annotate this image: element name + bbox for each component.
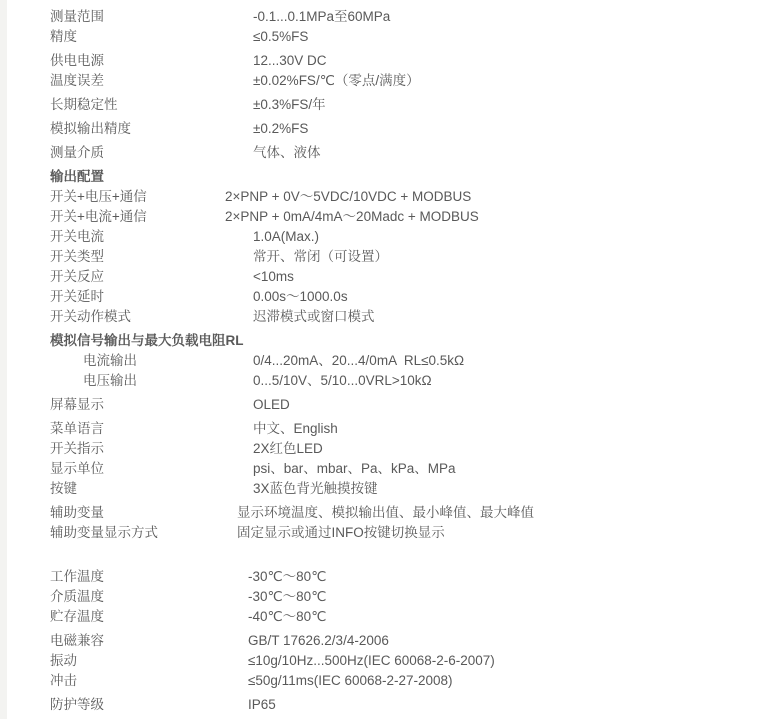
spec-group: 菜单语言 中文、English 开关指示 2X红色LED 显示单位 psi、ba… <box>50 419 534 499</box>
spec-row: 测量介质 气体、液体 <box>50 143 534 163</box>
spec-row: 工作温度 -30℃～80℃ <box>50 567 534 587</box>
spec-label: 按键 <box>50 479 253 499</box>
spec-value: 2×PNP + 0mA/4mA～20Madc + MODBUS <box>225 207 479 227</box>
spec-row: 介质温度 -30℃～80℃ <box>50 587 534 607</box>
spec-value: 中文、English <box>253 419 338 439</box>
spec-row: 辅助变量 显示环境温度、模拟输出值、最小峰值、最大峰值 <box>50 503 534 523</box>
spec-row: 显示单位 psi、bar、mbar、Pa、kPa、MPa <box>50 459 534 479</box>
spec-label: 开关电流 <box>50 227 253 247</box>
spec-value: 0...5/10V、5/10...0VRL>10kΩ <box>253 371 432 391</box>
spec-label: 防护等级 <box>50 695 248 715</box>
spec-label: 模拟信号输出与最大负载电阻RL <box>50 331 253 351</box>
spec-value: 显示环境温度、模拟输出值、最小峰值、最大峰值 <box>237 503 534 523</box>
spec-label: 电磁兼容 <box>50 631 248 651</box>
spec-row: 按键 3X蓝色背光触摸按键 <box>50 479 534 499</box>
spec-value: psi、bar、mbar、Pa、kPa、MPa <box>253 459 456 479</box>
spec-value: ≤50g/11ms(IEC 60068-2-27-2008) <box>248 671 453 691</box>
spec-value: <10ms <box>253 267 294 287</box>
spec-value: 2X红色LED <box>253 439 323 459</box>
spec-label: 开关延时 <box>50 287 253 307</box>
spec-label: 屏幕显示 <box>50 395 253 415</box>
spec-row: 电压输出 0...5/10V、5/10...0VRL>10kΩ <box>50 371 534 391</box>
spec-label: 温度误差 <box>50 71 253 91</box>
spec-group: 工作温度 -30℃～80℃ 介质温度 -30℃～80℃ 贮存温度 -40℃～80… <box>50 567 534 627</box>
spec-row: 防护等级 IP65 <box>50 695 534 715</box>
page-left-margin-strip <box>0 0 7 719</box>
spec-value: 3X蓝色背光触摸按键 <box>253 479 378 499</box>
spec-row: 开关类型 常开、常闭（可设置） <box>50 247 534 267</box>
spec-row: 开关动作模式 迟滞模式或窗口模式 <box>50 307 534 327</box>
spec-group: 电磁兼容 GB/T 17626.2/3/4-2006 振动 ≤10g/10Hz.… <box>50 631 534 691</box>
spec-value: ≤10g/10Hz...500Hz(IEC 60068-2-6-2007) <box>248 651 495 671</box>
spec-label: 测量范围 <box>50 7 253 27</box>
spec-page: 测量范围 -0.1...0.1MPa至60MPa 精度 ≤0.5%FS 供电电源… <box>0 0 757 719</box>
spec-value: 常开、常闭（可设置） <box>253 247 388 267</box>
spec-row: 开关+电压+通信 2×PNP + 0V～5VDC/10VDC + MODBUS <box>50 187 534 207</box>
spec-label: 菜单语言 <box>50 419 253 439</box>
spec-value: 固定显示或通过INFO按键切换显示 <box>237 523 445 543</box>
spec-label: 显示单位 <box>50 459 253 479</box>
spec-label: 开关动作模式 <box>50 307 253 327</box>
spec-group: 模拟输出精度 ±0.2%FS <box>50 119 534 139</box>
spec-row: 精度 ≤0.5%FS <box>50 27 534 47</box>
spec-value: 2×PNP + 0V～5VDC/10VDC + MODBUS <box>225 187 471 207</box>
spec-label: 开关类型 <box>50 247 253 267</box>
spec-label: 开关+电压+通信 <box>50 187 225 207</box>
spec-row: 开关+电流+通信 2×PNP + 0mA/4mA～20Madc + MODBUS <box>50 207 534 227</box>
spec-label: 振动 <box>50 651 248 671</box>
spec-value: -30℃～80℃ <box>248 567 326 587</box>
spec-row: 电流输出 0/4...20mA、20...4/0mA RL≤0.5kΩ <box>50 351 534 371</box>
spec-group: 供电电源 12...30V DC 温度误差 ±0.02%FS/℃（零点/满度） <box>50 51 534 91</box>
spec-label: 长期稳定性 <box>50 95 253 115</box>
spec-value: 1.0A(Max.) <box>253 227 319 247</box>
spec-value: 迟滞模式或窗口模式 <box>253 307 375 327</box>
spec-label: 精度 <box>50 27 253 47</box>
spec-value: 0.00s～1000.0s <box>253 287 348 307</box>
spec-group: 模拟信号输出与最大负载电阻RL 电流输出 0/4...20mA、20...4/0… <box>50 331 534 391</box>
spec-label: 工作温度 <box>50 567 248 587</box>
spec-label: 开关反应 <box>50 267 253 287</box>
spec-row: 菜单语言 中文、English <box>50 419 534 439</box>
spec-label: 开关指示 <box>50 439 253 459</box>
spec-label: 介质温度 <box>50 587 248 607</box>
spec-group: 测量范围 -0.1...0.1MPa至60MPa 精度 ≤0.5%FS <box>50 7 534 47</box>
spec-row: 长期稳定性 ±0.3%FS/年 <box>50 95 534 115</box>
spec-value: 12...30V DC <box>253 51 327 71</box>
spec-value: GB/T 17626.2/3/4-2006 <box>248 631 389 651</box>
spec-row: 开关指示 2X红色LED <box>50 439 534 459</box>
spec-label: 辅助变量显示方式 <box>50 523 237 543</box>
spec-label: 模拟输出精度 <box>50 119 253 139</box>
spec-label: 开关+电流+通信 <box>50 207 225 227</box>
spec-label: 贮存温度 <box>50 607 248 627</box>
spec-value: 气体、液体 <box>253 143 321 163</box>
spec-label: 供电电源 <box>50 51 253 71</box>
spec-label: 冲击 <box>50 671 248 691</box>
spec-row: 屏幕显示 OLED <box>50 395 534 415</box>
spec-row: 辅助变量显示方式 固定显示或通过INFO按键切换显示 <box>50 523 534 543</box>
spec-table: 测量范围 -0.1...0.1MPa至60MPa 精度 ≤0.5%FS 供电电源… <box>50 7 534 715</box>
spec-value: IP65 <box>248 695 276 715</box>
spec-label: 辅助变量 <box>50 503 237 523</box>
spec-group: 屏幕显示 OLED <box>50 395 534 415</box>
spec-value: ≤0.5%FS <box>253 27 308 47</box>
spec-group: 测量介质 气体、液体 <box>50 143 534 163</box>
spec-value: ±0.02%FS/℃（零点/满度） <box>253 71 420 91</box>
spec-row: 贮存温度 -40℃～80℃ <box>50 607 534 627</box>
spec-value: 0/4...20mA、20...4/0mA RL≤0.5kΩ <box>253 351 464 371</box>
spec-label: 输出配置 <box>50 167 253 187</box>
spec-label: 电压输出 <box>50 371 253 391</box>
spec-row: 电磁兼容 GB/T 17626.2/3/4-2006 <box>50 631 534 651</box>
spec-row: 模拟信号输出与最大负载电阻RL <box>50 331 534 351</box>
spec-row: 测量范围 -0.1...0.1MPa至60MPa <box>50 7 534 27</box>
spec-group: 输出配置 开关+电压+通信 2×PNP + 0V～5VDC/10VDC + MO… <box>50 167 534 327</box>
spec-row: 输出配置 <box>50 167 534 187</box>
spec-value: -40℃～80℃ <box>248 607 326 627</box>
spec-value: -0.1...0.1MPa至60MPa <box>253 7 390 27</box>
spec-row: 开关反应 <10ms <box>50 267 534 287</box>
spec-row: 冲击 ≤50g/11ms(IEC 60068-2-27-2008) <box>50 671 534 691</box>
spec-group: 辅助变量 显示环境温度、模拟输出值、最小峰值、最大峰值 辅助变量显示方式 固定显… <box>50 503 534 543</box>
spec-value: ±0.2%FS <box>253 119 308 139</box>
spec-label: 测量介质 <box>50 143 253 163</box>
spec-row: 开关延时 0.00s～1000.0s <box>50 287 534 307</box>
spec-row: 开关电流 1.0A(Max.) <box>50 227 534 247</box>
spec-value: ±0.3%FS/年 <box>253 95 326 115</box>
spec-row: 温度误差 ±0.02%FS/℃（零点/满度） <box>50 71 534 91</box>
spec-group: 长期稳定性 ±0.3%FS/年 <box>50 95 534 115</box>
spec-row: 振动 ≤10g/10Hz...500Hz(IEC 60068-2-6-2007) <box>50 651 534 671</box>
spec-group: 防护等级 IP65 <box>50 695 534 715</box>
spec-value: OLED <box>253 395 290 415</box>
spec-value: -30℃～80℃ <box>248 587 326 607</box>
spec-label: 电流输出 <box>50 351 253 371</box>
spec-row: 供电电源 12...30V DC <box>50 51 534 71</box>
spec-row: 模拟输出精度 ±0.2%FS <box>50 119 534 139</box>
